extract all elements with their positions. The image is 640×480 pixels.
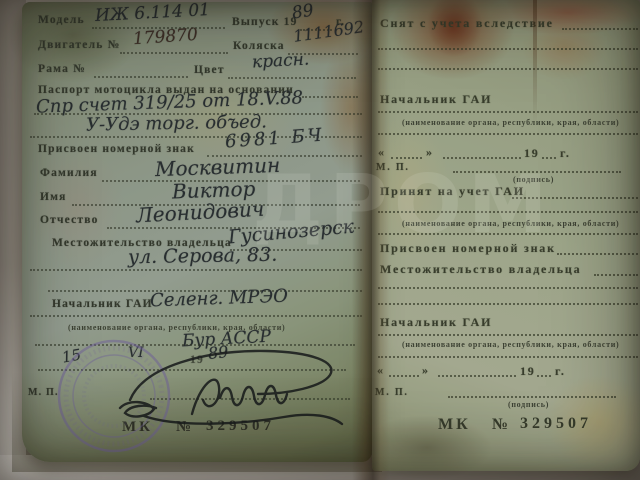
ruled-line	[30, 269, 362, 271]
ruled-line	[378, 211, 638, 213]
color-label: Цвет	[194, 64, 225, 76]
ruled-line	[542, 157, 556, 159]
ruled-line	[378, 356, 638, 358]
year-printed: 19	[520, 364, 536, 379]
ruled-line	[557, 253, 638, 255]
ruled-line	[389, 375, 419, 377]
year-value: 89	[291, 0, 316, 23]
ruled-line	[438, 375, 516, 377]
ruled-line	[378, 233, 638, 235]
org-caption: (наименование органа, республики, края, …	[402, 340, 619, 349]
frame-label: Рама №	[38, 63, 86, 75]
registered-label: Принят на учет ГАИ	[380, 184, 525, 199]
color-value: красн.	[252, 50, 310, 73]
ruled-line	[537, 375, 551, 377]
year-suffix: г.	[560, 146, 571, 161]
mk-label: МК	[438, 416, 471, 434]
signature-caption: (подпись)	[513, 175, 554, 184]
ruled-line	[378, 48, 638, 50]
ruled-line	[30, 315, 362, 317]
quote-close: »	[426, 145, 434, 160]
ruled-line	[94, 76, 188, 78]
model-label: Модель	[38, 14, 85, 26]
quote-open: «	[378, 145, 386, 160]
mk-number: 329507	[520, 415, 592, 433]
engine-label: Двигатель №	[38, 39, 120, 51]
firstname-label: Имя	[40, 191, 67, 203]
mp-label: М. П.	[376, 162, 410, 173]
ruled-line	[378, 111, 638, 113]
patronymic-label: Отчество	[40, 214, 99, 226]
ruled-line	[378, 287, 638, 289]
engine-value: 179870	[132, 25, 198, 49]
year-printed: 19	[524, 146, 540, 161]
patronymic-value: Леонидович	[135, 197, 264, 228]
gai-chief-label: Начальник ГАИ	[380, 315, 492, 330]
photo-of-vehicle-passport: Модель ИЖ 6.114 01 Выпуск 19 89 г. Двига…	[0, 0, 640, 480]
ruled-line	[391, 157, 422, 159]
year-suffix: г.	[555, 364, 566, 379]
ruled-line	[228, 77, 356, 79]
gai-chief-label: Начальник ГАИ	[380, 92, 492, 107]
ruled-line	[378, 133, 638, 135]
gai-chief-label: Начальник ГАИ	[52, 298, 153, 310]
deregistered-label: Снят с учета вследствие	[380, 16, 554, 31]
year-label: Выпуск 19	[232, 16, 298, 28]
ruled-line	[302, 96, 358, 98]
ruled-line	[448, 396, 616, 398]
model-value: ИЖ 6.114 01	[95, 0, 211, 26]
ruled-line	[378, 334, 638, 336]
signature-caption: (подпись)	[508, 400, 549, 409]
quote-close: »	[422, 363, 430, 378]
org-caption: (наименование органа, республики, края, …	[402, 219, 619, 228]
signature	[116, 342, 351, 432]
mk-no: №	[492, 416, 511, 434]
quote-open: «	[377, 363, 385, 378]
gai-chief-value: Селенг. МРЭО	[150, 286, 289, 312]
ruled-line	[378, 303, 638, 305]
ruled-line	[378, 68, 638, 70]
ruled-line	[453, 171, 621, 173]
ruled-line	[443, 157, 521, 159]
mp-label: М. П.	[375, 387, 409, 398]
plate-label: Присвоен номерной знак	[380, 241, 556, 256]
residence-line2: ул. Серова, 83.	[128, 244, 278, 269]
residence-label: Местожительство владельца	[380, 262, 581, 277]
ruled-line	[562, 28, 638, 30]
ruled-line	[512, 197, 638, 199]
ruled-line	[594, 274, 638, 276]
ruled-line	[120, 52, 228, 54]
plate-label: Присвоен номерной знак	[38, 143, 195, 155]
surname-label: Фамилия	[40, 167, 98, 179]
org-caption: (наименование органа, республики, края, …	[402, 118, 619, 127]
